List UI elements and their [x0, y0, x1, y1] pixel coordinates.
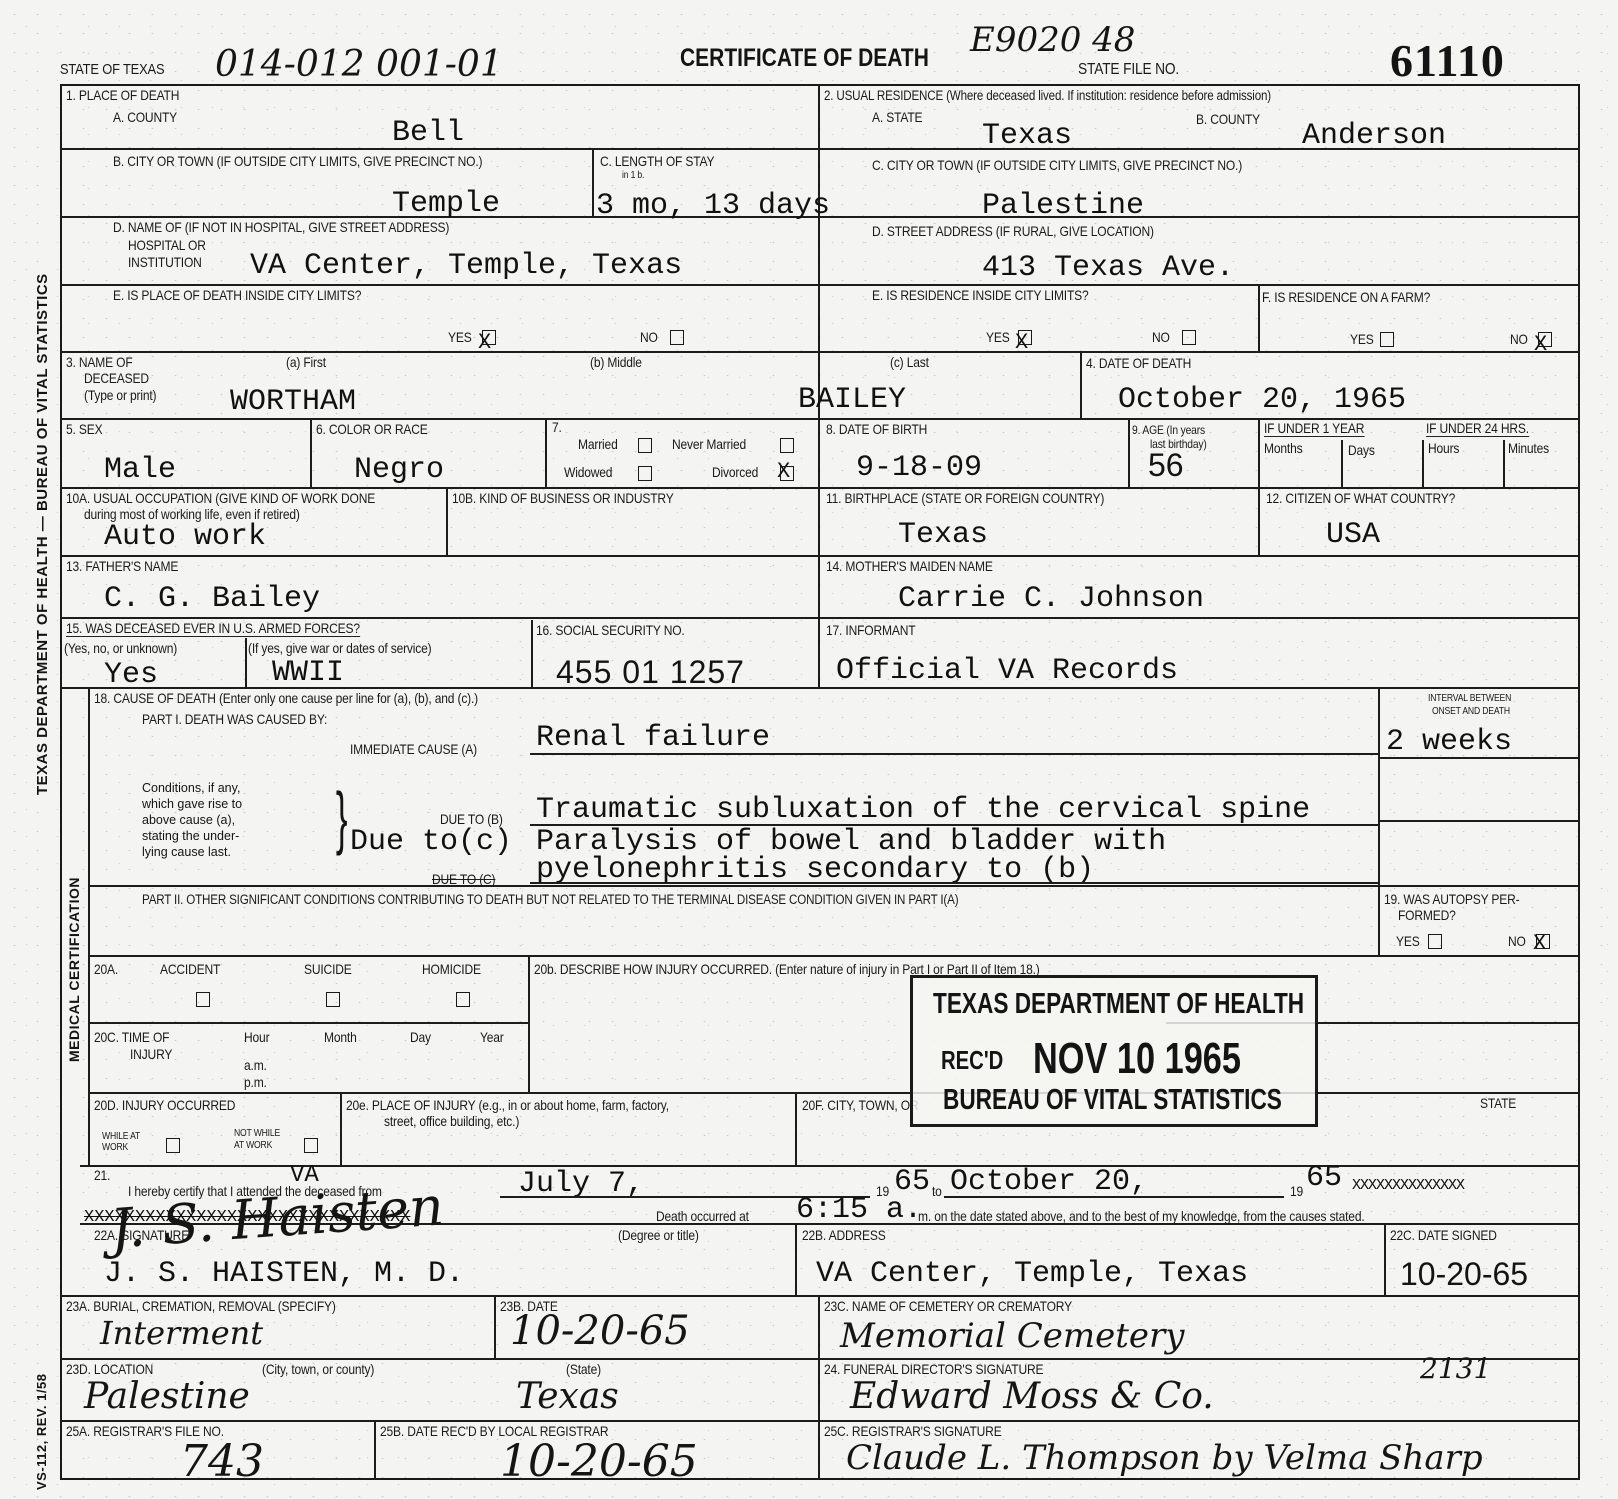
- location-state-label: (State): [566, 1362, 601, 1377]
- length-of-stay-value: 3 mo, 13 days: [596, 190, 830, 222]
- farm-no-label: NO: [1510, 332, 1528, 347]
- form-number: VS-112, REV. 1/58: [34, 1374, 49, 1490]
- address-label: 22b. ADDRESS: [802, 1228, 886, 1243]
- funeral-director-note: 2131: [1420, 1352, 1491, 1385]
- injury-state-label: STATE: [1480, 1096, 1516, 1111]
- address-value: VA Center, Temple, Texas: [816, 1258, 1248, 1290]
- ssn-value: 455 01 1257: [556, 654, 745, 691]
- cemetery-value: Memorial Cemetery: [840, 1316, 1184, 1356]
- time-of-injury-label-1: 20c. TIME OF: [94, 1030, 169, 1045]
- death-time-value: 6:15 a.: [796, 1194, 922, 1226]
- residence-inside-no-checkbox[interactable]: [1182, 330, 1196, 345]
- part1-label: PART I. DEATH WAS CAUSED BY:: [142, 712, 327, 727]
- length-of-stay-label: c. LENGTH OF STAY: [600, 154, 714, 169]
- married-checkbox[interactable]: [638, 438, 652, 453]
- conditions-note: Conditions, if any, which gave rise to a…: [142, 780, 242, 860]
- age-label-1: 9. AGE (In years: [1132, 424, 1205, 437]
- date-signed-value: 10-20-65: [1400, 1256, 1528, 1293]
- never-married-checkbox[interactable]: [780, 438, 794, 453]
- death-inside-no-label: NO: [640, 330, 658, 345]
- hour-label: Hour: [244, 1030, 269, 1045]
- checked-x-mark: X: [1534, 335, 1547, 355]
- interval-value: 2 weeks: [1386, 726, 1512, 758]
- death-inside-yes-label: YES: [448, 330, 472, 345]
- residence-county-value: Anderson: [1302, 120, 1446, 152]
- interval-label-1: INTERVAL BETWEEN: [1428, 693, 1511, 704]
- birthplace-value: Texas: [898, 519, 988, 551]
- autopsy-label-1: 19. WAS AUTOPSY PER-: [1384, 892, 1520, 907]
- death-city-label: b. CITY OR TOWN (If outside city limits,…: [113, 154, 482, 169]
- funeral-director-signature: Edward Moss & Co.: [850, 1376, 1214, 1417]
- registrar-signature: Claude L. Thompson by Velma Sharp: [846, 1438, 1483, 1478]
- date-of-birth-value: 9-18-09: [856, 452, 982, 484]
- hospital-value: VA Center, Temple, Texas: [250, 250, 682, 282]
- pm-label: p.m.: [244, 1075, 267, 1090]
- street-address-value: 413 Texas Ave.: [982, 252, 1234, 284]
- bracket-icon: }: [336, 782, 348, 852]
- residence-state-label: a. STATE: [872, 110, 922, 125]
- location-city-label: (City, town, or county): [262, 1362, 374, 1377]
- street-address-label: d. STREET ADDRESS (If rural, give locati…: [872, 224, 1154, 239]
- homicide-label: HOMICIDE: [422, 962, 481, 977]
- certification-number: 21.: [94, 1168, 110, 1183]
- county-label: a. COUNTY: [113, 110, 177, 125]
- date-of-death-value: October 20, 1965: [1118, 384, 1406, 416]
- registrar-file-value: 743: [180, 1436, 264, 1487]
- struck-text-1: XXXXXXXXXXXXXX: [1352, 1170, 1464, 1202]
- farm-label: f. IS RESIDENCE ON A FARM?: [1262, 290, 1430, 305]
- immediate-cause-label: IMMEDIATE CAUSE (a): [350, 742, 477, 757]
- armed-value: Yes: [104, 659, 158, 691]
- handwritten-code: 014-012 001-01: [215, 44, 503, 85]
- occupation-label-1: 10a. USUAL OCCUPATION (Give kind of work…: [66, 491, 375, 506]
- residence-state-value: Texas: [982, 120, 1072, 152]
- under-year-label: IF UNDER 1 YEAR: [1264, 421, 1364, 437]
- hospital-label-1: d. NAME OF (If not in hospital, give str…: [113, 220, 449, 235]
- farm-yes-label: YES: [1350, 332, 1374, 347]
- burial-method-label: 23a. BURIAL, CREMATION, REMOVAL (Specify…: [66, 1299, 336, 1314]
- certification-text-post: m. on the date stated above, and to the …: [918, 1209, 1365, 1224]
- state-of-texas-label: STATE OF TEXAS: [60, 62, 164, 77]
- location-city-value: Palestine: [84, 1376, 250, 1417]
- part2-label: PART II. OTHER SIGNIFICANT CONDITIONS CO…: [142, 892, 958, 907]
- mother-value: Carrie C. Johnson: [898, 583, 1204, 615]
- informant-value: Official VA Records: [836, 655, 1178, 687]
- while-at-work-label-1: WHILE AT: [102, 1131, 140, 1142]
- nineteen-label-2: 19: [1290, 1184, 1303, 1199]
- citizen-value: USA: [1326, 519, 1380, 551]
- burial-date-value: 10-20-65: [510, 1308, 690, 1354]
- date-signed-label: 22c. DATE SIGNED: [1390, 1228, 1497, 1243]
- autopsy-yes-checkbox[interactable]: [1428, 934, 1442, 949]
- suicide-label: SUICIDE: [304, 962, 352, 977]
- residence-inside-limits-label: e. IS RESIDENCE INSIDE CITY LIMITS?: [872, 288, 1089, 303]
- suicide-checkbox[interactable]: [326, 992, 340, 1007]
- race-value: Negro: [354, 454, 444, 486]
- checked-x-mark: X: [478, 333, 491, 353]
- funeral-director-label: 24. FUNERAL DIRECTOR'S SIGNATURE: [824, 1362, 1043, 1377]
- death-county-value: Bell: [392, 117, 464, 149]
- death-occurred-label: Death occurred at: [656, 1209, 749, 1224]
- left-margin-text: TEXAS DEPARTMENT OF HEALTH — BUREAU OF V…: [34, 273, 51, 795]
- autopsy-yes-label: YES: [1396, 934, 1420, 949]
- birthplace-label: 11. BIRTHPLACE (State or foreign country…: [826, 491, 1104, 506]
- interval-label-2: ONSET AND DEATH: [1432, 706, 1510, 717]
- injury-city-label: 20f. CITY, TOWN, OR: [802, 1098, 919, 1113]
- business-label: 10b. KIND OF BUSINESS OR INDUSTRY: [452, 491, 674, 506]
- months-label: Months: [1264, 441, 1302, 456]
- armed-sub-label-2: (If yes, give war or dates of service): [248, 641, 432, 656]
- date-of-death-label: 4. DATE OF DEATH: [1086, 356, 1191, 371]
- informant-label: 17. INFORMANT: [826, 623, 915, 638]
- due-to-c-prefix: Due to(c): [350, 826, 512, 858]
- residence-city-label: c. CITY OR TOWN (If outside city limits,…: [872, 158, 1242, 173]
- widowed-label: Widowed: [564, 465, 612, 480]
- handwritten-top-number: E9020 48: [970, 20, 1135, 60]
- name-label-3: (Type or print): [84, 388, 156, 403]
- occupation-value: Auto work: [104, 521, 266, 553]
- middle-name-label: (b) Middle: [590, 355, 642, 370]
- mother-label: 14. MOTHER'S MAIDEN NAME: [826, 559, 993, 574]
- residence-label: 2. USUAL RESIDENCE (Where deceased lived…: [824, 88, 1271, 103]
- time-of-injury-label-2: INJURY: [130, 1047, 172, 1062]
- checked-x-mark: X: [1015, 333, 1028, 353]
- physician-typed-name: J. S. HAISTEN, M. D.: [104, 1258, 464, 1290]
- last-name-label: (c) Last: [890, 355, 929, 370]
- burial-location-label: 23d. LOCATION: [66, 1362, 153, 1377]
- injury-occurred-label: 20d. INJURY OCCURRED: [94, 1098, 235, 1113]
- place-of-death-label: 1. PLACE OF DEATH: [66, 88, 179, 103]
- armed-sub-label-1: (Yes, no, or unknown): [64, 641, 177, 656]
- hospital-label-2: HOSPITAL OR: [128, 238, 206, 253]
- not-while-at-work-checkbox[interactable]: [304, 1138, 318, 1153]
- injury-type-label: 20a.: [94, 962, 118, 977]
- homicide-checkbox[interactable]: [456, 992, 470, 1007]
- place-of-injury-label-2: street, office building, etc.): [384, 1114, 519, 1129]
- place-of-injury-label-1: 20e. PLACE OF INJURY (e.g., in or about …: [346, 1098, 669, 1113]
- location-state-value: Texas: [516, 1376, 619, 1417]
- day-label: Day: [410, 1030, 431, 1045]
- married-label: Married: [578, 437, 618, 452]
- armed-forces-label: 15. WAS DECEASED EVER IN U.S. ARMED FORC…: [66, 621, 360, 637]
- days-label: Days: [1348, 443, 1375, 458]
- father-label: 13. FATHER'S NAME: [66, 559, 178, 574]
- minutes-label: Minutes: [1508, 441, 1549, 456]
- cemetery-label: 23c. NAME OF CEMETERY OR CREMATORY: [824, 1299, 1072, 1314]
- war-value: WWII: [272, 657, 344, 689]
- autopsy-no-label: NO: [1508, 934, 1526, 949]
- cause-label: 18. CAUSE OF DEATH (Enter only one cause…: [94, 691, 478, 706]
- widowed-checkbox[interactable]: [638, 466, 652, 481]
- date-of-birth-label: 8. DATE OF BIRTH: [826, 422, 927, 437]
- residence-city-value: Palestine: [982, 190, 1144, 222]
- burial-method-value: Interment: [100, 1314, 263, 1352]
- sex-value: Male: [104, 454, 176, 486]
- marital-label: 7.: [552, 420, 562, 435]
- accident-label: ACCIDENT: [160, 962, 220, 977]
- hours-label: Hours: [1428, 441, 1459, 456]
- registrar-signature-label: 25c. REGISTRAR'S SIGNATURE: [824, 1424, 1002, 1439]
- checked-x-mark: X: [777, 462, 790, 482]
- farm-yes-checkbox[interactable]: [1380, 332, 1394, 347]
- ssn-label: 16. SOCIAL SECURITY NO.: [536, 623, 685, 638]
- under-day-label: IF UNDER 24 HRS.: [1426, 421, 1529, 437]
- attended-to-year: 65: [1306, 1162, 1342, 1194]
- am-label: a.m.: [244, 1058, 267, 1073]
- not-while-at-work-label-2: AT WORK: [234, 1140, 272, 1151]
- struck-due-to-label: DUE TO (c): [432, 872, 495, 887]
- to-label: to: [932, 1184, 942, 1199]
- due-to-b-value: Traumatic subluxation of the cervical sp…: [536, 794, 1310, 826]
- received-stamp: TEXAS DEPARTMENT OF HEALTH REC'D NOV 10 …: [910, 975, 1318, 1127]
- stamp-recd-label: REC'D: [941, 1045, 1003, 1076]
- accident-checkbox[interactable]: [196, 992, 210, 1007]
- certificate-title: CERTIFICATE OF DEATH: [680, 44, 929, 73]
- last-name-value: BAILEY: [798, 384, 906, 416]
- death-city-value: Temple: [392, 188, 500, 220]
- name-label-1: 3. NAME OF: [66, 355, 133, 370]
- residence-county-label: b. COUNTY: [1196, 112, 1260, 127]
- length-of-stay-sub: in 1 b.: [622, 170, 644, 181]
- hospital-label-3: INSTITUTION: [128, 255, 202, 270]
- residence-inside-yes-label: YES: [986, 330, 1010, 345]
- attended-to-date: October 20,: [950, 1166, 1148, 1198]
- citizen-label: 12. CITIZEN OF WHAT COUNTRY?: [1266, 491, 1455, 506]
- father-value: C. G. Bailey: [104, 583, 320, 615]
- state-file-label: STATE FILE NO.: [1078, 62, 1179, 77]
- stamp-department: TEXAS DEPARTMENT OF HEALTH: [933, 988, 1304, 1021]
- never-married-label: Never Married: [672, 437, 746, 452]
- autopsy-label-2: FORMED?: [1398, 908, 1456, 923]
- age-value: 56: [1148, 447, 1184, 484]
- state-file-number: 61110: [1390, 34, 1505, 87]
- while-at-work-label-2: WORK: [102, 1142, 128, 1153]
- name-label-2: DECEASED: [84, 371, 149, 386]
- sex-label: 5. SEX: [66, 422, 102, 437]
- registrar-date-value: 10-20-65: [500, 1436, 698, 1487]
- death-inside-limits-label: e. IS PLACE OF DEATH INSIDE CITY LIMITS?: [113, 288, 361, 303]
- race-label: 6. COLOR OR RACE: [316, 422, 428, 437]
- stamp-bureau: BUREAU OF VITAL STATISTICS: [943, 1084, 1282, 1117]
- degree-label: (Degree or title): [618, 1228, 699, 1243]
- year-label: Year: [480, 1030, 504, 1045]
- immediate-cause-value: Renal failure: [536, 722, 770, 754]
- first-name-label: (a) First: [286, 355, 326, 370]
- first-name-value: WORTHAM: [230, 386, 356, 418]
- checked-x-mark: X: [1533, 934, 1546, 954]
- residence-inside-no-label: NO: [1152, 330, 1170, 345]
- month-label: Month: [324, 1030, 357, 1045]
- divorced-label: Divorced: [712, 465, 758, 480]
- not-while-at-work-label-1: NOT WHILE: [234, 1128, 280, 1139]
- while-at-work-checkbox[interactable]: [166, 1138, 180, 1153]
- death-inside-no-checkbox[interactable]: [670, 330, 684, 345]
- stamp-date: NOV 10 1965: [1033, 1034, 1241, 1084]
